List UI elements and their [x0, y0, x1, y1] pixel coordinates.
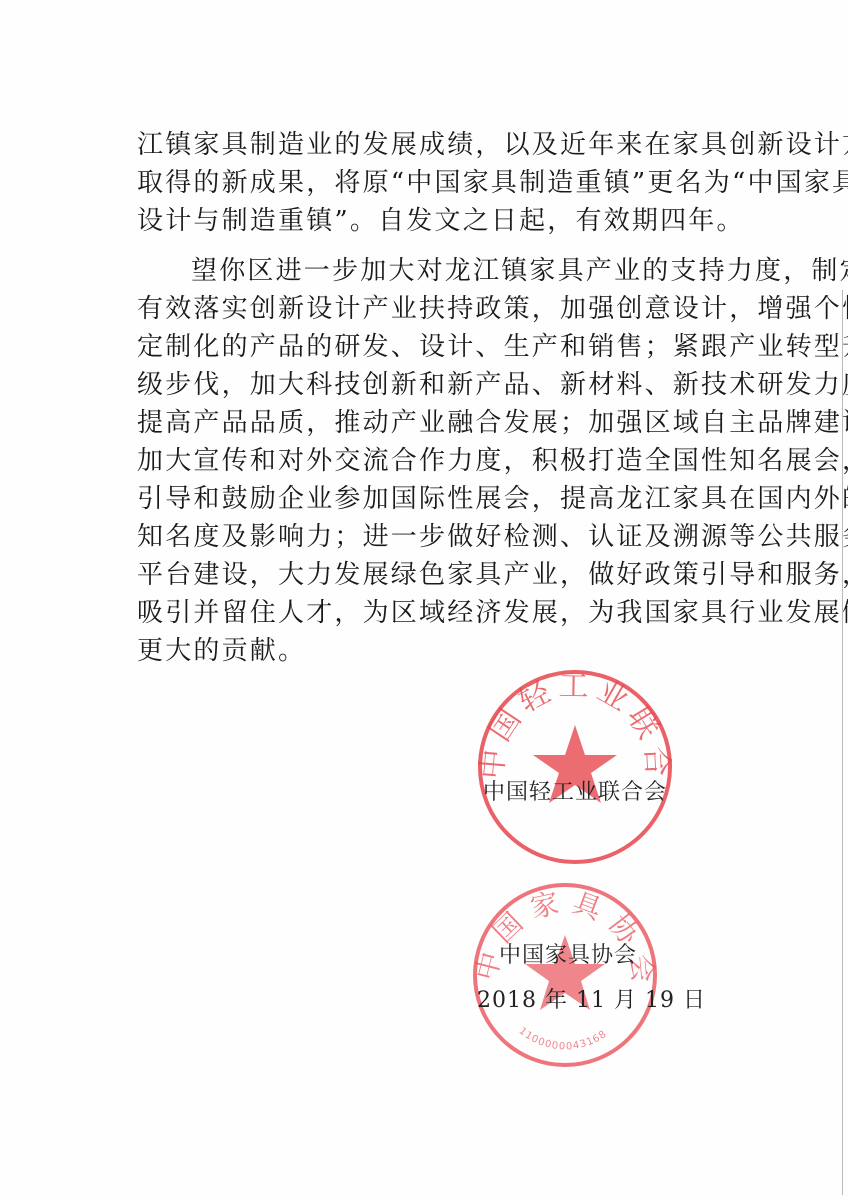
official-seal-clf: 中国轻工业联合会 [475, 667, 675, 867]
document-page: 江镇家具制造业的发展成绩，以及近年来在家具创新设计方面 取得的新成果，将原“中国… [0, 0, 848, 1200]
body-line: 有效落实创新设计产业扶持政策，加强创意设计，增强个性化、 [137, 290, 737, 328]
body-line: 级步伐，加大科技创新和新产品、新材料、新技术研发力度， [137, 366, 737, 404]
body-line: 加大宣传和对外交流合作力度，积极打造全国性知名展会， [137, 442, 737, 480]
body-line: 提高产品品质，推动产业融合发展；加强区域自主品牌建设， [137, 404, 737, 442]
body-line: 取得的新成果，将原“中国家具制造重镇”更名为“中国家具 [137, 164, 737, 202]
signatory-clf: 中国轻工业联合会 [483, 775, 667, 806]
body-line: 知名度及影响力；进一步做好检测、认证及溯源等公共服务 [137, 518, 737, 556]
body-line: 设计与制造重镇”。自发文之日起，有效期四年。 [137, 202, 737, 240]
svg-text:1100000043168: 1100000043168 [517, 1026, 609, 1053]
paragraph-gap [137, 240, 737, 252]
letter-body: 江镇家具制造业的发展成绩，以及近年来在家具创新设计方面 取得的新成果，将原“中国… [137, 126, 737, 670]
official-seal-cnfa: 中国家具协会 1100000043168 [470, 880, 660, 1070]
body-line: 定制化的产品的研发、设计、生产和销售；紧跟产业转型升 [137, 328, 737, 366]
issue-date: 2018 年 11 月 19 日 [477, 983, 706, 1014]
body-line: 更大的贡献。 [137, 632, 737, 670]
body-line: 望你区进一步加大对龙江镇家具产业的支持力度，制定并 [137, 252, 737, 290]
body-line: 吸引并留住人才，为区域经济发展，为我国家具行业发展做出 [137, 594, 737, 632]
body-line: 江镇家具制造业的发展成绩，以及近年来在家具创新设计方面 [137, 126, 737, 164]
body-line: 引导和鼓励企业参加国际性展会，提高龙江家具在国内外的 [137, 480, 737, 518]
body-line: 平台建设，大力发展绿色家具产业，做好政策引导和服务， [137, 556, 737, 594]
signatory-cnfa: 中国家具协会 [499, 938, 637, 969]
seal-serial-number: 1100000043168 [517, 1026, 609, 1053]
